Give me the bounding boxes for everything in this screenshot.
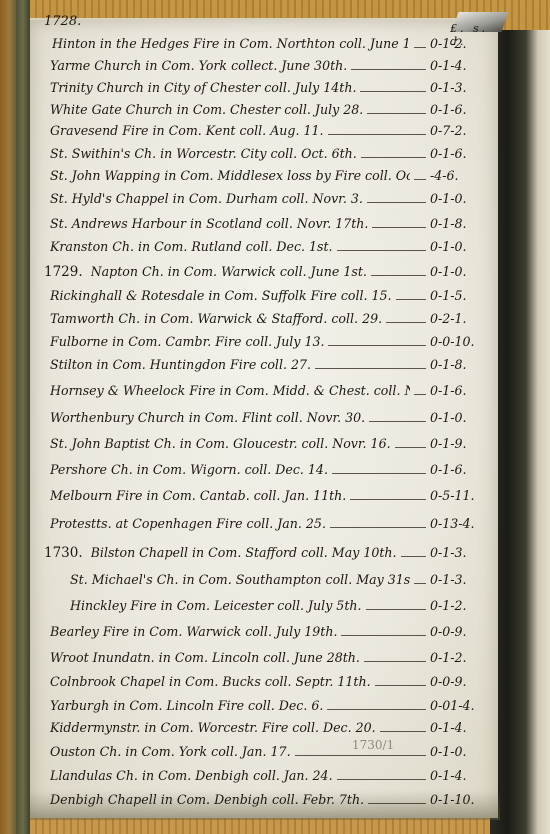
ledger-entry: Pershore Ch. in Com. Wigorn. coll. Dec. … xyxy=(30,462,492,486)
entry-description: Wroot Inundatn. in Com. Lincoln coll. Ju… xyxy=(50,650,360,665)
entry-amount: 0-1-6. xyxy=(430,462,492,477)
entry-description: Gravesend Fire in Com. Kent coll. Aug. 1… xyxy=(50,123,324,138)
entry-amount: 0-1-4. xyxy=(430,768,492,783)
ledger-entry: Kranston Ch. in Com. Rutland coll. Dec. … xyxy=(30,239,492,263)
ledger-entry: Worthenbury Church in Com. Flint coll. N… xyxy=(30,410,492,434)
leader-dash xyxy=(327,709,426,710)
entry-amount: 0-0-9. xyxy=(430,624,492,639)
entry-description: Trinity Church in City of Chester coll. … xyxy=(50,80,356,95)
leader-dash xyxy=(328,134,427,135)
entry-amount: 0-1-2. xyxy=(430,36,492,51)
entry-description: St. John Wapping in Com. Middlesex loss … xyxy=(50,168,410,183)
ledger-entry: Wroot Inundatn. in Com. Lincoln coll. Ju… xyxy=(30,650,492,674)
entry-amount: 0-1-4. xyxy=(430,58,492,73)
entry-description: Denbigh Chapell in Com. Denbigh coll. Fe… xyxy=(50,792,364,807)
entry-amount: 0-5-11. xyxy=(430,488,492,503)
entry-description: Pershore Ch. in Com. Wigorn. coll. Dec. … xyxy=(50,462,328,477)
leader-dash xyxy=(361,157,426,158)
entry-amount: 0-1-4. xyxy=(430,720,492,735)
entry-amount: 0-7-2. xyxy=(430,123,492,138)
ledger-entry: St. John Baptist Ch. in Com. Gloucestr. … xyxy=(30,436,492,460)
ledger-entry: Yarme Church in Com. York collect. June … xyxy=(30,58,492,82)
ledger-entry: Yarburgh in Com. Lincoln Fire coll. Dec.… xyxy=(30,698,492,722)
ledger-entry: Tamworth Ch. in Com. Warwick & Stafford.… xyxy=(30,311,492,335)
leader-dash xyxy=(337,250,426,251)
ledger-entry: Hinckley Fire in Com. Leicester coll. Ju… xyxy=(30,598,492,622)
leader-dash xyxy=(364,661,426,662)
ledger-entry: Protestts. at Copenhagen Fire coll. Jan.… xyxy=(30,516,492,540)
entry-amount: 0-01-4. xyxy=(430,698,492,713)
entry-amount: 0-1-3. xyxy=(430,545,492,560)
leader-dash xyxy=(414,583,426,584)
leader-dash xyxy=(375,685,426,686)
leader-dash xyxy=(414,47,426,48)
binding-strip xyxy=(16,0,30,834)
entry-description: White Gate Church in Com. Chester coll. … xyxy=(50,102,363,117)
ledger-entry: Llandulas Ch. in Com. Denbigh coll. Jan.… xyxy=(30,768,492,792)
entry-description: Bilston Chapell in Com. Stafford coll. M… xyxy=(91,545,397,560)
ledger-entry: Denbigh Chapell in Com. Denbigh coll. Fe… xyxy=(30,792,492,816)
ledger-entry: Bearley Fire in Com. Warwick coll. July … xyxy=(30,624,492,648)
entry-year: 1730. xyxy=(44,545,83,561)
entry-amount: 0-1-5. xyxy=(430,288,492,303)
entry-description: Worthenbury Church in Com. Flint coll. N… xyxy=(50,410,365,425)
entry-description: Hornsey & Wheelock Fire in Com. Midd. & … xyxy=(50,383,410,398)
leader-dash xyxy=(366,609,427,610)
entry-amount: 0-1-0. xyxy=(430,191,492,206)
ledger-entry: 1729.Napton Ch. in Com. Warwick coll. Ju… xyxy=(30,264,492,288)
entry-description: Tamworth Ch. in Com. Warwick & Stafford.… xyxy=(50,311,382,326)
entry-description: Rickinghall & Rotesdale in Com. Suffolk … xyxy=(50,288,392,303)
leader-dash xyxy=(414,394,426,395)
entry-description: Ouston Ch. in Com. York coll. Jan. 17. xyxy=(50,744,291,759)
entry-amount: 0-1-0. xyxy=(430,239,492,254)
entry-description: Protestts. at Copenhagen Fire coll. Jan.… xyxy=(50,516,326,531)
leader-dash xyxy=(380,731,426,732)
entry-amount: 0-1-0. xyxy=(430,410,492,425)
leader-dash xyxy=(351,69,426,70)
leader-dash xyxy=(367,202,426,203)
leader-dash xyxy=(330,527,426,528)
entry-description: St. Swithin's Ch. in Worcestr. City coll… xyxy=(50,146,357,161)
entry-amount: 0-1-2. xyxy=(430,598,492,613)
entry-description: Fulborne in Com. Cambr. Fire coll. July … xyxy=(50,334,324,349)
entry-description: St. Michael's Ch. in Com. Southampton co… xyxy=(70,572,410,587)
ledger-content: 1728. £. s. d. Hinton in the Hedges Fire… xyxy=(30,18,498,816)
entry-amount: 0-1-6. xyxy=(430,383,492,398)
entry-amount: 0-1-3. xyxy=(430,572,492,587)
ledger-entry: Ouston Ch. in Com. York coll. Jan. 17.0-… xyxy=(30,744,492,768)
leader-dash xyxy=(350,499,426,500)
entry-year: 1729. xyxy=(44,264,83,280)
entry-description: St. John Baptist Ch. in Com. Gloucestr. … xyxy=(50,436,391,451)
entry-amount: 0-0-9. xyxy=(430,674,492,689)
leader-dash xyxy=(372,227,426,228)
leader-dash xyxy=(337,779,426,780)
entry-amount: 0-1-10. xyxy=(430,792,492,807)
ledger-entry: Hinton in the Hedges Fire in Com. Northt… xyxy=(30,36,492,60)
ledger-entry: Gravesend Fire in Com. Kent coll. Aug. 1… xyxy=(30,123,492,147)
leader-dash xyxy=(371,275,426,276)
entry-amount: 0-0-10. xyxy=(430,334,492,349)
entry-description: Yarme Church in Com. York collect. June … xyxy=(50,58,347,73)
pencil-margin-note: 1730/1 xyxy=(352,738,394,752)
entry-description: Stilton in Com. Huntingdon Fire coll. 27… xyxy=(50,357,311,372)
ledger-entry: Kiddermynstr. in Com. Worcestr. Fire col… xyxy=(30,720,492,744)
leader-dash xyxy=(315,368,426,369)
entry-amount: -4-6. xyxy=(430,168,492,183)
entry-description: Napton Ch. in Com. Warwick coll. June 1s… xyxy=(91,264,367,279)
leader-dash xyxy=(386,322,426,323)
leader-dash xyxy=(332,473,426,474)
ledger-entry: Hornsey & Wheelock Fire in Com. Midd. & … xyxy=(30,383,492,407)
entry-description: Bearley Fire in Com. Warwick coll. July … xyxy=(50,624,337,639)
entry-description: St. Andrews Harbour in Scotland coll. No… xyxy=(50,216,368,231)
entry-description: Melbourn Fire in Com. Cantab. coll. Jan.… xyxy=(50,488,346,503)
entry-amount: 0-1-0. xyxy=(430,744,492,759)
leader-dash xyxy=(368,803,426,804)
entry-amount: 0-2-1. xyxy=(430,311,492,326)
leader-dash xyxy=(328,345,426,346)
entry-description: Colnbrook Chapel in Com. Bucks coll. Sep… xyxy=(50,674,371,689)
entry-description: Yarburgh in Com. Lincoln Fire coll. Dec.… xyxy=(50,698,323,713)
ledger-entry: St. Michael's Ch. in Com. Southampton co… xyxy=(30,572,492,596)
leader-dash xyxy=(414,179,426,180)
ledger-entry: Stilton in Com. Huntingdon Fire coll. 27… xyxy=(30,357,492,381)
entry-amount: 0-1-0. xyxy=(430,264,492,279)
leader-dash xyxy=(295,755,426,756)
ledger-entry: St. John Wapping in Com. Middlesex loss … xyxy=(30,168,492,192)
leader-dash xyxy=(341,635,426,636)
entry-description: St. Hyld's Chappel in Com. Durham coll. … xyxy=(50,191,363,206)
ledger-entry: 1730.Bilston Chapell in Com. Stafford co… xyxy=(30,545,492,569)
ledger-entry: Trinity Church in City of Chester coll. … xyxy=(30,80,492,104)
leader-dash xyxy=(369,421,426,422)
entry-amount: 0-13-4. xyxy=(430,516,492,531)
entry-description: Kiddermynstr. in Com. Worcestr. Fire col… xyxy=(50,720,376,735)
entry-description: Hinckley Fire in Com. Leicester coll. Ju… xyxy=(70,598,362,613)
entry-amount: 0-1-9. xyxy=(430,436,492,451)
leader-dash xyxy=(396,299,426,300)
entry-amount: 0-1-8. xyxy=(430,216,492,231)
ledger-entry: Colnbrook Chapel in Com. Bucks coll. Sep… xyxy=(30,674,492,698)
header-year: 1728. xyxy=(44,14,81,29)
leader-dash xyxy=(367,113,426,114)
entry-amount: 0-1-6. xyxy=(430,146,492,161)
ledger-entry: Rickinghall & Rotesdale in Com. Suffolk … xyxy=(30,288,492,312)
ledger-entry: St. Hyld's Chappel in Com. Durham coll. … xyxy=(30,191,492,215)
entry-description: Kranston Ch. in Com. Rutland coll. Dec. … xyxy=(50,239,333,254)
leader-dash xyxy=(395,447,426,448)
ledger-entry: St. Andrews Harbour in Scotland coll. No… xyxy=(30,216,492,240)
entry-amount: 0-1-3. xyxy=(430,80,492,95)
entry-amount: 0-1-8. xyxy=(430,357,492,372)
leader-dash xyxy=(360,91,426,92)
book-edge-right xyxy=(490,30,550,834)
ledger-entry: St. Swithin's Ch. in Worcestr. City coll… xyxy=(30,146,492,170)
leader-dash xyxy=(401,556,426,557)
entry-description: Llandulas Ch. in Com. Denbigh coll. Jan.… xyxy=(50,768,333,783)
ledger-entry: Melbourn Fire in Com. Cantab. coll. Jan.… xyxy=(30,488,492,512)
entry-description: Hinton in the Hedges Fire in Com. Northt… xyxy=(52,36,410,51)
ledger-entry: Fulborne in Com. Cambr. Fire coll. July … xyxy=(30,334,492,358)
entry-amount: 0-1-6. xyxy=(430,102,492,117)
entry-amount: 0-1-2. xyxy=(430,650,492,665)
